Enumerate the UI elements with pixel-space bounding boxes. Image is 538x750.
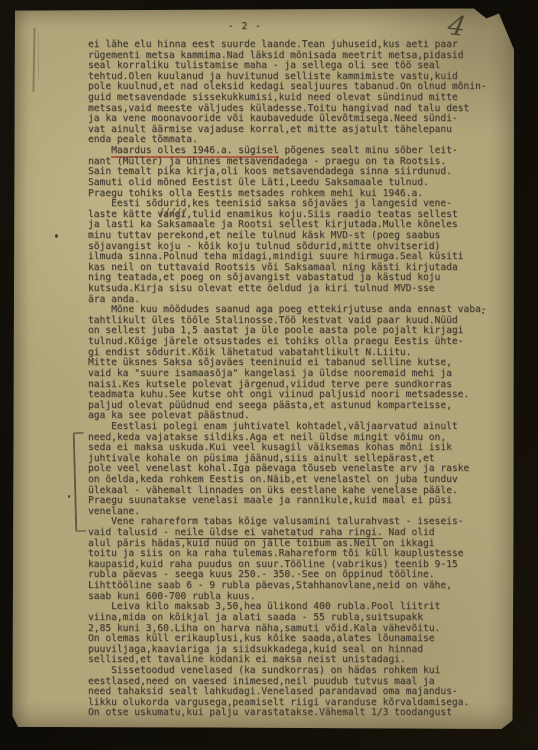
text-segment: Eesti sõdurid,kes teenisid saksa sõjaväe…	[88, 198, 452, 209]
text-line: kutsuda.Kirja sisu olevat ette öeldud ja…	[88, 284, 502, 295]
text-segment: alul päris hädas,kuid nüüd on jälle toib…	[88, 538, 435, 549]
text-segment: ülekaal - vähemalt linnades on üks eestl…	[88, 485, 458, 496]
text-segment: Vene rahareform tabas kõige valusamini t…	[88, 516, 463, 527]
text-segment: vaid ka "suure isamaasõja" kangelasi ja …	[88, 368, 452, 379]
text-segment: vaid talusid -	[88, 527, 175, 538]
text-segment: Praegu tohiks olla Eestis metsades rohke…	[88, 188, 423, 199]
struck-text: vangi	[157, 209, 186, 220]
text-segment: rubla päevas - seega kuus 250.- 350.-See…	[88, 569, 435, 580]
paragraph: Vene rahareform tabas kõige valusamini t…	[88, 517, 502, 602]
text-segment: enda peale tõmmata.	[88, 134, 198, 145]
text-segment: Praegu suunatakse venelasi maale ja rann…	[88, 495, 452, 506]
text-segment: ning teatada,et poeg on sõjavangist vaba…	[88, 272, 440, 283]
text-segment: minu tuttav perekond,et neile tulnud käs…	[88, 230, 440, 241]
text-segment: Nad olid	[383, 527, 435, 538]
text-segment: rügementi metsa kammima.Nad läksid mõnis…	[88, 50, 463, 61]
handwritten-page-mark: 4	[445, 10, 468, 43]
text-segment: sõjavangist koju - kõik koju tulnud sõdu…	[88, 241, 440, 252]
text-segment: metsas,vaid meeste väljudes küladesse.To…	[88, 103, 469, 114]
text-segment: pole kuulnud,et nad oleksid kedagi sealj…	[88, 81, 487, 92]
text-segment: sellised,et tavaline kodanik ei maksa ne…	[88, 654, 406, 665]
paragraph: Maardus olles 1946.a. sügisel põgenes se…	[88, 146, 502, 199]
text-segment: need,keda vajatakse sildiks.Aga et neil …	[88, 432, 446, 443]
text-line: Praegu suunatakse venelasi maale ja rann…	[88, 496, 502, 507]
text-segment: Sain temalt pika kirja,oli koos metsaven…	[88, 166, 452, 177]
text-segment: kutsuda.Kirja sisu olevat ette öeldud ja…	[88, 283, 435, 294]
text-segment: eestlased,need on vaesed inimesed,neil p…	[88, 676, 435, 687]
text-segment	[88, 145, 111, 156]
text-segment: naisi.Kes kutsele polevat järgenud,viidu…	[88, 379, 452, 390]
text-segment: Mitte üksnes Saksa sõjaväes teeninuid ei…	[88, 357, 452, 368]
text-segment: On olemas küll erikauplusi,kus kõike saa…	[88, 633, 435, 644]
text-segment: need tahaksid sealt lahkudagi.Venelased …	[88, 686, 458, 697]
text-segment: Leiva kilo maksab 3,50,hea ülikond 400 r…	[88, 601, 440, 612]
text-segment: ära anda.	[88, 294, 140, 305]
ink-speck	[68, 495, 70, 498]
paragraph: Leiva kilo maksab 3,50,hea ülikond 400 r…	[88, 602, 502, 666]
text-segment: ilmuda sinna.Polnud teha midagi,mindigi …	[88, 251, 463, 262]
paragraph: ei lähe elu hinna eest suurde laande.Tea…	[88, 40, 502, 146]
paragraph: Mõne kuu möödudes saanud aga poeg etteki…	[88, 305, 502, 422]
text-segment: ja lasti ka Saksamaale ja Rootsi sellest…	[88, 219, 458, 230]
document-body: ei lähe elu hinna eest suurde laande.Tea…	[88, 40, 502, 719]
paragraph: Eesti sõdurid,kes teenisid saksa sõjaväe…	[88, 199, 502, 305]
paper-crease	[32, 28, 35, 92]
text-segment: Samuti olid mõned Eestist üle Läti,Leedu…	[88, 177, 429, 188]
ink-speck	[55, 234, 58, 238]
text-segment: seda ei maksa uskuda.Kui veel kusagil vä…	[88, 442, 452, 453]
paragraph: Sissetoodud venelased (ka sundkorras) on…	[88, 666, 502, 719]
text-segment: On otse uskumatu,kui palju varastatakse.…	[88, 707, 452, 718]
text-segment: viina,mida on kõikjal ja alati saada - 5…	[88, 612, 423, 623]
text-segment: ja ka vene moonavooride või kaubavedude …	[88, 113, 458, 124]
document-page: - 2 - 4 ei lähe elu hinna eest suurde la…	[12, 7, 514, 729]
text-segment: guid metsavendade sissekukkumisi,kuid ne…	[88, 92, 458, 103]
page-number: - 2 -	[228, 21, 262, 32]
text-segment: toitu ja siis on ka raha tulemas.Raharef…	[88, 548, 463, 559]
margin-bracket-mark	[73, 432, 87, 532]
text-segment: pole veel venelast kohal.Iga päevaga tõu…	[88, 463, 469, 474]
text-segment: Eestlasi polegi enam juhtivatel kohtadel…	[88, 421, 458, 432]
text-segment: on sellest juba 1,5 aastat ja üle poole …	[88, 325, 463, 336]
text-segment: on öelda,keda rohkem Eestis on.Näib,et v…	[88, 474, 458, 485]
text-segment: 2,85 kuni 3,60.Liha on harva näha,samuti…	[88, 623, 440, 634]
text-segment: teadmata kuhu.See kutse oht ongi viinud …	[88, 389, 469, 400]
paper-crease	[38, 31, 39, 79]
text-segment: Lihttööline saab 6 - 9 rubla päevas,Stah…	[88, 580, 452, 591]
text-segment: Mõne kuu möödudes saanud aga poeg etteki…	[88, 304, 487, 315]
text-segment: seal korraliku tulistamise maha - ja sel…	[88, 60, 440, 71]
text-segment: ei lähe elu hinna eest suurde laande.Tea…	[88, 39, 458, 50]
text-segment: tulnud.Kõige järele otsustades ei tohiks…	[88, 336, 463, 347]
text-line: On otse uskumatu,kui palju varastatakse.…	[88, 708, 502, 719]
text-segment: aga ka see polevat päästnud.	[88, 410, 250, 421]
text-segment: põgenes sealt minu sõber leit-	[279, 145, 458, 156]
paragraph: Eestlasi polegi enam juhtivatel kohtadel…	[88, 422, 502, 517]
text-segment: Sissetoodud venelased (ka sundkorras) on…	[88, 665, 440, 676]
photo-backdrop: - 2 - 4 ei lähe elu hinna eest suurde la…	[0, 0, 538, 750]
